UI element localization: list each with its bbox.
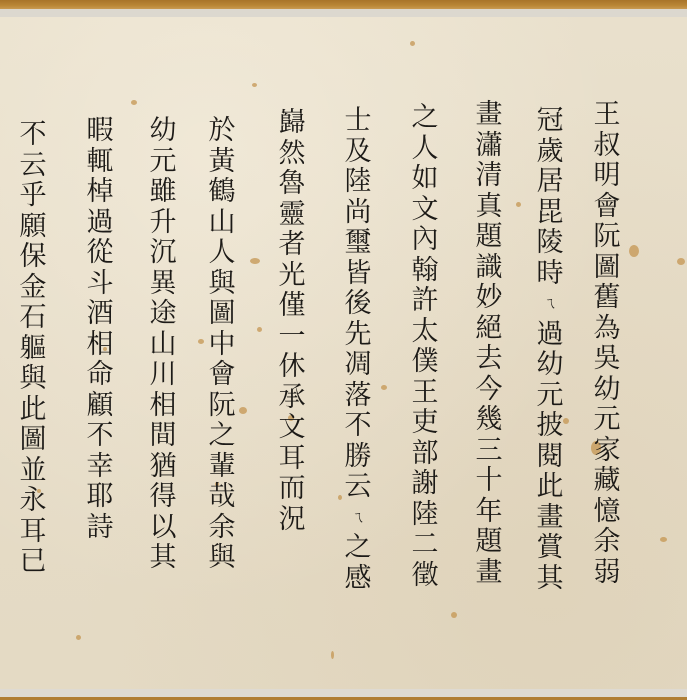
character: 凋 [336,350,380,381]
character: 絕 [467,314,511,345]
character: 不 [78,421,122,452]
character: 年 [467,497,511,528]
character: 永 [11,486,55,517]
character: 人 [403,134,447,165]
character: 輩 [200,452,244,483]
character: 金 [11,273,55,304]
character: 耳 [11,517,55,548]
character: 落 [336,381,380,412]
character: 巋 [270,108,314,139]
character: 斗 [78,269,122,300]
character: 舊 [585,283,629,314]
character: 以 [141,513,185,544]
character: ㄟ [528,289,572,320]
character: 之 [200,421,244,452]
character: 輒 [78,147,122,178]
character: 僅 [270,291,314,322]
text-column-9: 暇輒棹過從斗酒相命顧不幸耶詩 [78,116,122,543]
text-column-1: 王叔明會阮圖舊為吳幼元家藏憶余弱 [585,100,629,588]
foxing-spot [660,537,667,542]
character: 命 [78,360,122,391]
character: 憶 [585,497,629,528]
character: 僕 [403,347,447,378]
character: 時 [528,259,572,290]
scroll-mount-top-strip [0,9,687,17]
character: 會 [585,192,629,223]
character: 吳 [585,344,629,375]
character: 歲 [528,137,572,168]
character: 文 [403,195,447,226]
character: 幼 [528,350,572,381]
character: 去 [467,344,511,375]
foxing-spot [410,41,415,46]
character: 吏 [403,408,447,439]
character: 明 [585,161,629,192]
scroll-mount-top-border [0,0,687,9]
character: 幸 [78,452,122,483]
character: 徵 [403,561,447,592]
text-column-2: 冠歲居毘陵時ㄟ過幼元披閱此畫賞其 [528,106,572,594]
character: 然 [270,139,314,170]
character: 並 [11,456,55,487]
text-column-5: 士及陸尚璽皆後先凋落不勝云ㄟ之感 [336,106,380,594]
character: 阮 [200,391,244,422]
character: 叔 [585,131,629,162]
text-column-6: 巋然魯靈者光僅一休承文耳而況 [270,108,314,535]
character: 一 [270,322,314,353]
character: 途 [141,299,185,330]
character: 軀 [11,334,55,365]
character: 黃 [200,147,244,178]
character: 翰 [403,256,447,287]
foxing-spot [250,258,260,264]
character: 顧 [78,391,122,422]
character: 弱 [585,558,629,589]
character: 璽 [336,228,380,259]
character: 圖 [200,299,244,330]
character: 猶 [141,452,185,483]
character: 家 [585,436,629,467]
character: 詩 [78,513,122,544]
character: 題 [467,222,511,253]
character: 及 [336,137,380,168]
character: 元 [528,381,572,412]
character: 不 [11,120,55,151]
foxing-spot [76,635,81,640]
character: 光 [270,261,314,292]
character: 元 [585,405,629,436]
character: 酒 [78,299,122,330]
character: 三 [467,436,511,467]
character: 而 [270,474,314,505]
character: 休 [270,352,314,383]
character: 如 [403,164,447,195]
character: 圖 [11,425,55,456]
character: 不 [336,411,380,442]
character: 圖 [585,253,629,284]
character: 題 [467,527,511,558]
foxing-spot [252,83,257,87]
text-column-8: 幼元雖升沉異途山川相間猶得以其 [141,116,185,574]
character: 棹 [78,177,122,208]
character: 況 [270,505,314,536]
character: 畫 [467,100,511,131]
foxing-spot [677,258,685,265]
character: 勝 [336,442,380,473]
character: 真 [467,192,511,223]
character: 許 [403,286,447,317]
text-column-3: 畫瀟清真題識妙絕去今幾三十年題畫 [467,100,511,588]
character: 承 [270,383,314,414]
character: 閱 [528,442,572,473]
character: 先 [336,320,380,351]
foxing-spot [257,327,262,332]
text-column-10: 不云乎願保金石軀與此圖並永耳已 [11,120,55,578]
character: 云 [336,472,380,503]
character: 過 [78,208,122,239]
character: 幾 [467,405,511,436]
character: 元 [141,147,185,178]
character: 石 [11,303,55,334]
character: 清 [467,161,511,192]
character: 部 [403,439,447,470]
character: 雖 [141,177,185,208]
character: 山 [141,330,185,361]
character: 會 [200,360,244,391]
character: 余 [585,527,629,558]
character: 今 [467,375,511,406]
character: 異 [141,269,185,300]
character: 感 [336,564,380,595]
character: 之 [336,533,380,564]
foxing-spot [381,385,387,390]
character: 畫 [528,503,572,534]
character: 藏 [585,466,629,497]
character: 後 [336,289,380,320]
character: 乎 [11,181,55,212]
character: 尚 [336,198,380,229]
character: 妙 [467,283,511,314]
character: 其 [141,543,185,574]
character: 暇 [78,116,122,147]
character: 謝 [403,469,447,500]
character: 皆 [336,259,380,290]
character: 魯 [270,169,314,200]
character: 阮 [585,222,629,253]
character: 其 [528,564,572,595]
character: 得 [141,482,185,513]
character: 升 [141,208,185,239]
character: 毘 [528,198,572,229]
character: 冠 [528,106,572,137]
character: 為 [585,314,629,345]
character: 士 [336,106,380,137]
character: 沉 [141,238,185,269]
character: 與 [11,364,55,395]
character: 此 [528,472,572,503]
character: 內 [403,225,447,256]
foxing-spot [331,651,334,659]
character: 披 [528,411,572,442]
foxing-spot [516,202,521,207]
character: 太 [403,317,447,348]
character: 與 [200,269,244,300]
character: 王 [585,100,629,131]
character: 人 [200,238,244,269]
character: 相 [78,330,122,361]
character: 中 [200,330,244,361]
character: 保 [11,242,55,273]
character: 間 [141,421,185,452]
character: 與 [200,543,244,574]
character: 識 [467,253,511,284]
character: 願 [11,212,55,243]
character: 哉 [200,482,244,513]
character: 靈 [270,200,314,231]
foxing-spot [629,245,639,257]
character: 已 [11,547,55,578]
character: 余 [200,513,244,544]
character: 云 [11,151,55,182]
text-column-4: 之人如文內翰許太僕王吏部謝陸二徵 [403,103,447,591]
character: 幼 [141,116,185,147]
character: ㄟ [336,503,380,534]
character: 十 [467,466,511,497]
character: 者 [270,230,314,261]
character: 王 [403,378,447,409]
character: 於 [200,116,244,147]
character: 居 [528,167,572,198]
scroll-mount-bottom-strip [0,689,687,697]
foxing-spot [451,612,457,618]
character: 畫 [467,558,511,589]
character: 瀟 [467,131,511,162]
character: 山 [200,208,244,239]
character: 幼 [585,375,629,406]
character: 文 [270,413,314,444]
character: 川 [141,360,185,391]
character: 二 [403,530,447,561]
character: 此 [11,395,55,426]
character: 過 [528,320,572,351]
foxing-spot [131,100,137,105]
character: 從 [78,238,122,269]
character: 陵 [528,228,572,259]
character: 陸 [336,167,380,198]
character: 陸 [403,500,447,531]
character: 賞 [528,533,572,564]
character: 相 [141,391,185,422]
character: 耶 [78,482,122,513]
character: 耳 [270,444,314,475]
character: 鶴 [200,177,244,208]
text-column-7: 於黃鶴山人與圖中會阮之輩哉余與 [200,116,244,574]
character: 之 [403,103,447,134]
